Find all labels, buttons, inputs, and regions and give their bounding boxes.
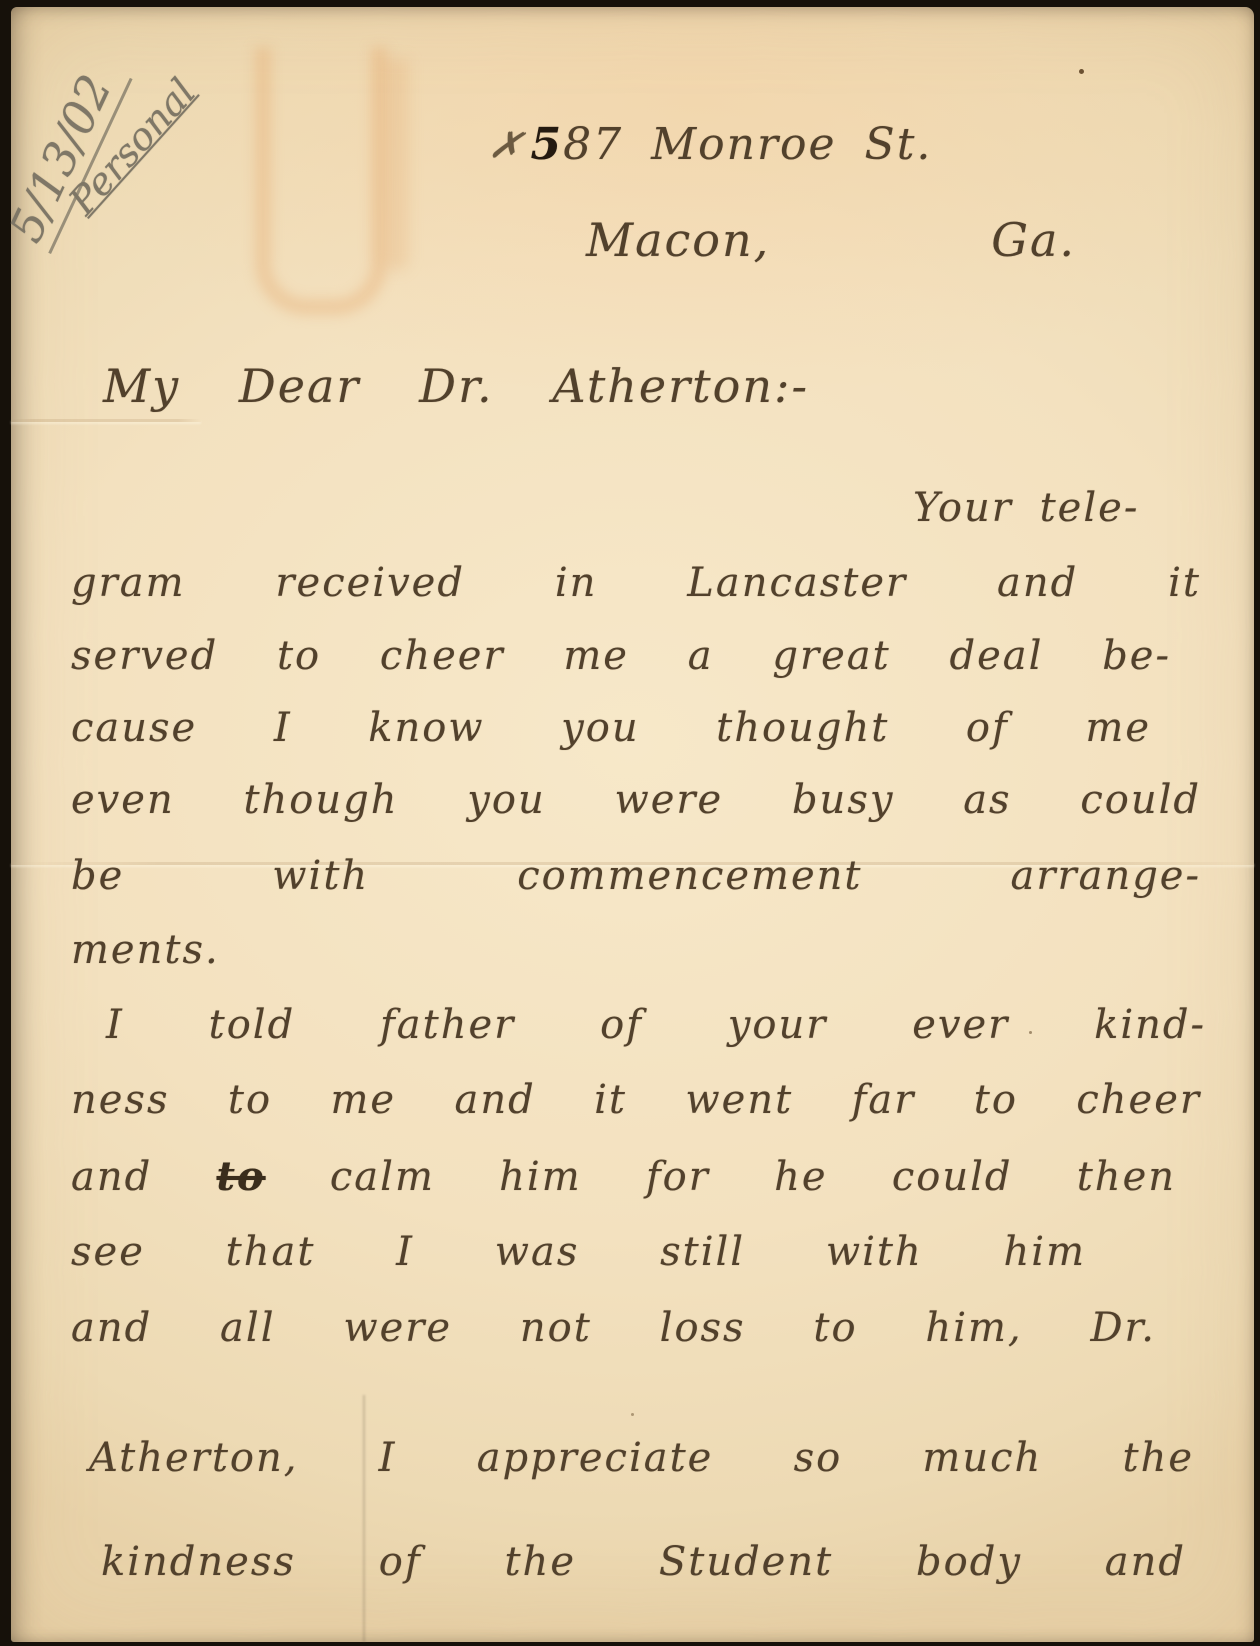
paperclip-rust-stain (255, 47, 387, 315)
letter-paper: 5/13/02 Personal ✗587 Monroe St. Macon, … (11, 7, 1254, 1642)
letter-line-13: Atherton, I appreciate so much the (89, 1435, 1194, 1481)
salutation: My Dear Dr. Atherton:- (103, 359, 809, 413)
letter-line-07: ments. (71, 927, 220, 973)
letter-line-06: be with commencement arrange- (71, 853, 1201, 899)
crossed-out-mark: ✗ (486, 121, 528, 171)
vertical-crease (363, 1395, 365, 1642)
letter-line-08: I told father of your ever kind- (106, 1002, 1206, 1048)
letter-line-05: even though you were busy as could (71, 777, 1201, 823)
address-street-text: 587 Monroe St. (531, 119, 933, 170)
letter-line-09: ness to me and it went far to cheer (71, 1077, 1201, 1123)
letter-line-02: gram received in Lancaster and it (71, 560, 1201, 606)
letter-line-11: see that I was still with him (71, 1229, 1086, 1275)
paper-speck (631, 1413, 634, 1416)
letter-line-14: kindness of the Student body and (101, 1539, 1186, 1585)
struck-out-word: to (216, 1153, 265, 1200)
paper-speck (1079, 69, 1084, 74)
address-city: Macon, Ga. (586, 213, 1076, 267)
scanned-letter-page: 5/13/02 Personal ✗587 Monroe St. Macon, … (0, 0, 1260, 1646)
letter-line-04: cause I know you thought of me (71, 705, 1151, 751)
letter-line-01: Your tele- (913, 485, 1139, 531)
letter-line-10-pre: and (71, 1154, 152, 1200)
letter-line-03: served to cheer me a great deal be- (71, 633, 1171, 679)
paperclip-rust-stain-strip (383, 59, 409, 271)
letter-line-12: and all were not loss to him, Dr. (71, 1305, 1156, 1351)
address-street: ✗587 Monroe St. (489, 119, 932, 170)
fold-crease-left (11, 419, 201, 422)
letter-line-10: and to calm him for he could then (71, 1153, 1176, 1200)
letter-line-10-post: calm him for he could then (330, 1154, 1176, 1200)
